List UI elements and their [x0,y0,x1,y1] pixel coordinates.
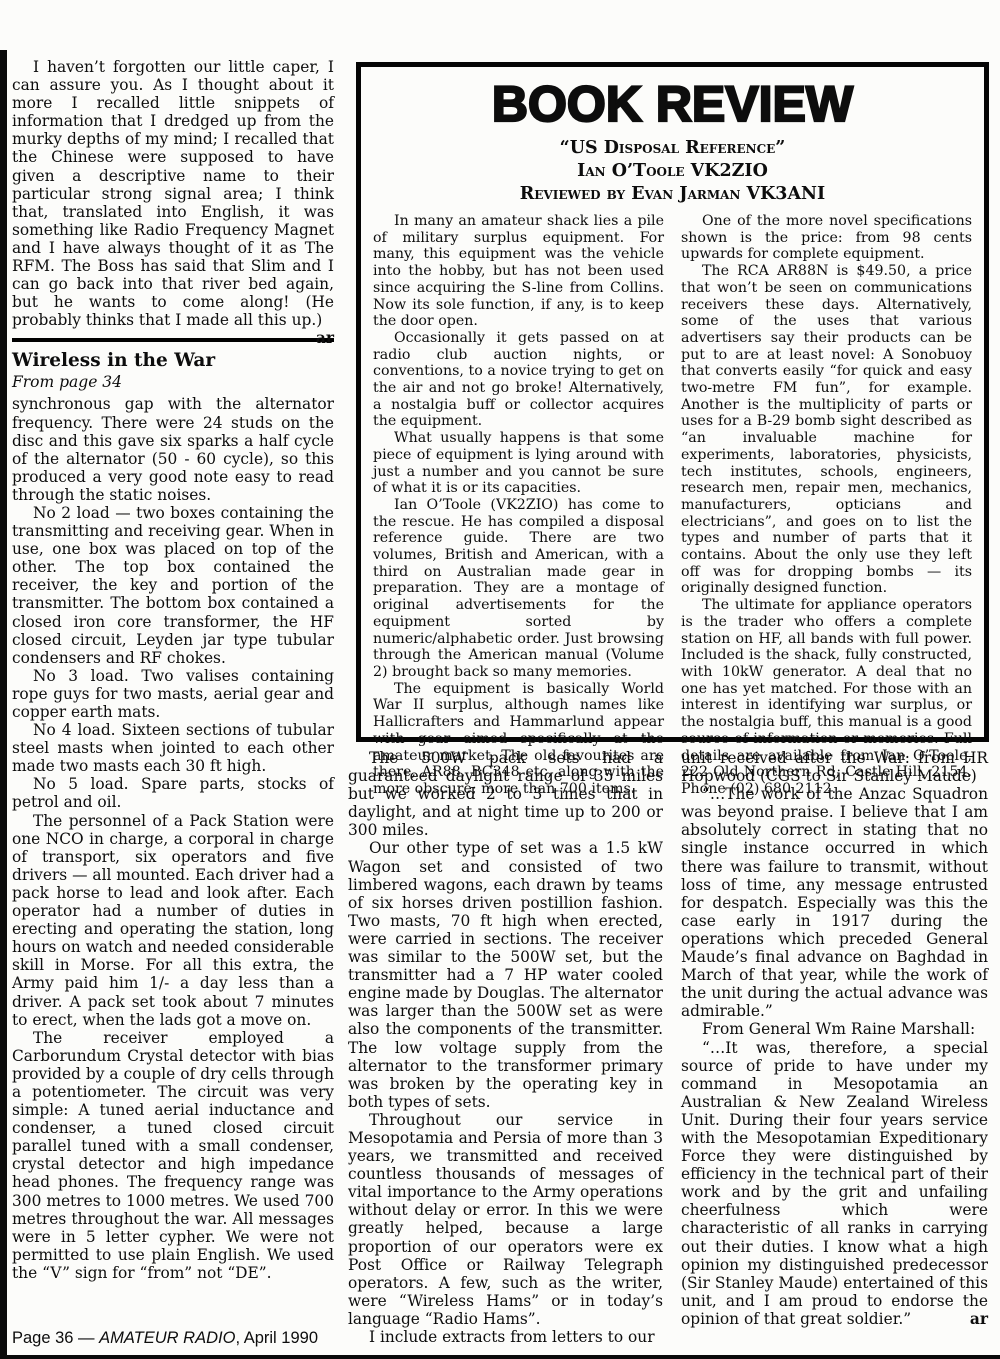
paragraph: No 3 load. Two valises containing rope g… [12,667,334,721]
paragraph: In many an amateur shack lies a pile of … [373,213,664,330]
book-review-book-title: “US Disposal Reference” [361,137,984,160]
book-review-left-column: In many an amateur shack lies a pile of … [373,213,664,798]
paragraph: From General Wm Raine Marshall: [681,1020,988,1038]
paragraph-text: I haven’t forgotten our little caper, I … [12,58,334,329]
paragraph: “…It was, therefore, a special source of… [681,1039,988,1329]
paragraph: No 5 load. Spare parts, stocks of petrol… [12,775,334,811]
paragraph: Our other type of set was a 1.5 kW Wagon… [348,839,663,1110]
paragraph: The RCA AR88N is $49.50, a price that wo… [681,263,972,597]
page-edge-shadow-left [0,50,7,1359]
article-title: Wireless in the War [12,349,334,372]
book-review-title: BOOK REVIEW [361,77,984,131]
paragraph: synchronous gap with the alternator freq… [12,395,334,504]
paragraph: One of the more novel specifications sho… [681,213,972,263]
book-review-reviewer: Reviewed by Evan Jarman VK3ANI [361,183,984,206]
paragraph: The receiver employed a Carborundum Crys… [12,1029,334,1282]
right-column: unit received after the War: from HR Hop… [681,749,988,1328]
paragraph: The 500W pack sets had a guaranteed dayl… [348,749,663,839]
paragraph: Occasionally it gets passed on at radio … [373,330,664,430]
paragraph: No 2 load — two boxes containing the tra… [12,504,334,667]
paragraph: No 4 load. Sixteen sections of tubular s… [12,721,334,775]
continued-from-note: From page 34 [12,372,334,392]
left-column: I haven’t forgotten our little caper, I … [12,58,334,1282]
article-end-mark: ar [295,329,334,347]
paragraph: I haven’t forgotten our little caper, I … [12,58,334,329]
footer-issue-date: , April 1990 [235,1329,318,1347]
book-review-right-column: One of the more novel specifications sho… [681,213,972,798]
book-review-box: BOOK REVIEW “US Disposal Reference” Ian … [356,62,989,742]
paragraph: unit received after the War: from HR Hop… [681,749,988,785]
paragraph: What usually happens is that some piece … [373,430,664,497]
article-end-mark: ar [949,1310,988,1328]
page-edge-shadow-bottom [0,1355,1000,1359]
paragraph: “…The work of the Anzac Squadron was bey… [681,785,988,1020]
footer-page-number: Page 36 — [12,1329,99,1347]
footer-magazine-name: AMATEUR RADIO [99,1329,235,1347]
magazine-page: I haven’t forgotten our little caper, I … [0,0,1000,1359]
page-footer: Page 36 — AMATEUR RADIO, April 1990 [12,1329,318,1348]
paragraph: The personnel of a Pack Station were one… [12,812,334,1029]
book-review-author: Ian O’Toole VK2ZIO [361,160,984,183]
paragraph: Throughout our service in Mesopotamia an… [348,1111,663,1328]
paragraph: I include extracts from letters to our [348,1328,663,1346]
paragraph-text: “…It was, therefore, a special source of… [681,1039,988,1328]
paragraph: Ian O’Toole (VK2ZIO) has come to the res… [373,497,664,681]
middle-column: The 500W pack sets had a guaranteed dayl… [348,749,663,1346]
book-review-columns: In many an amateur shack lies a pile of … [361,206,984,798]
section-divider [12,338,334,342]
